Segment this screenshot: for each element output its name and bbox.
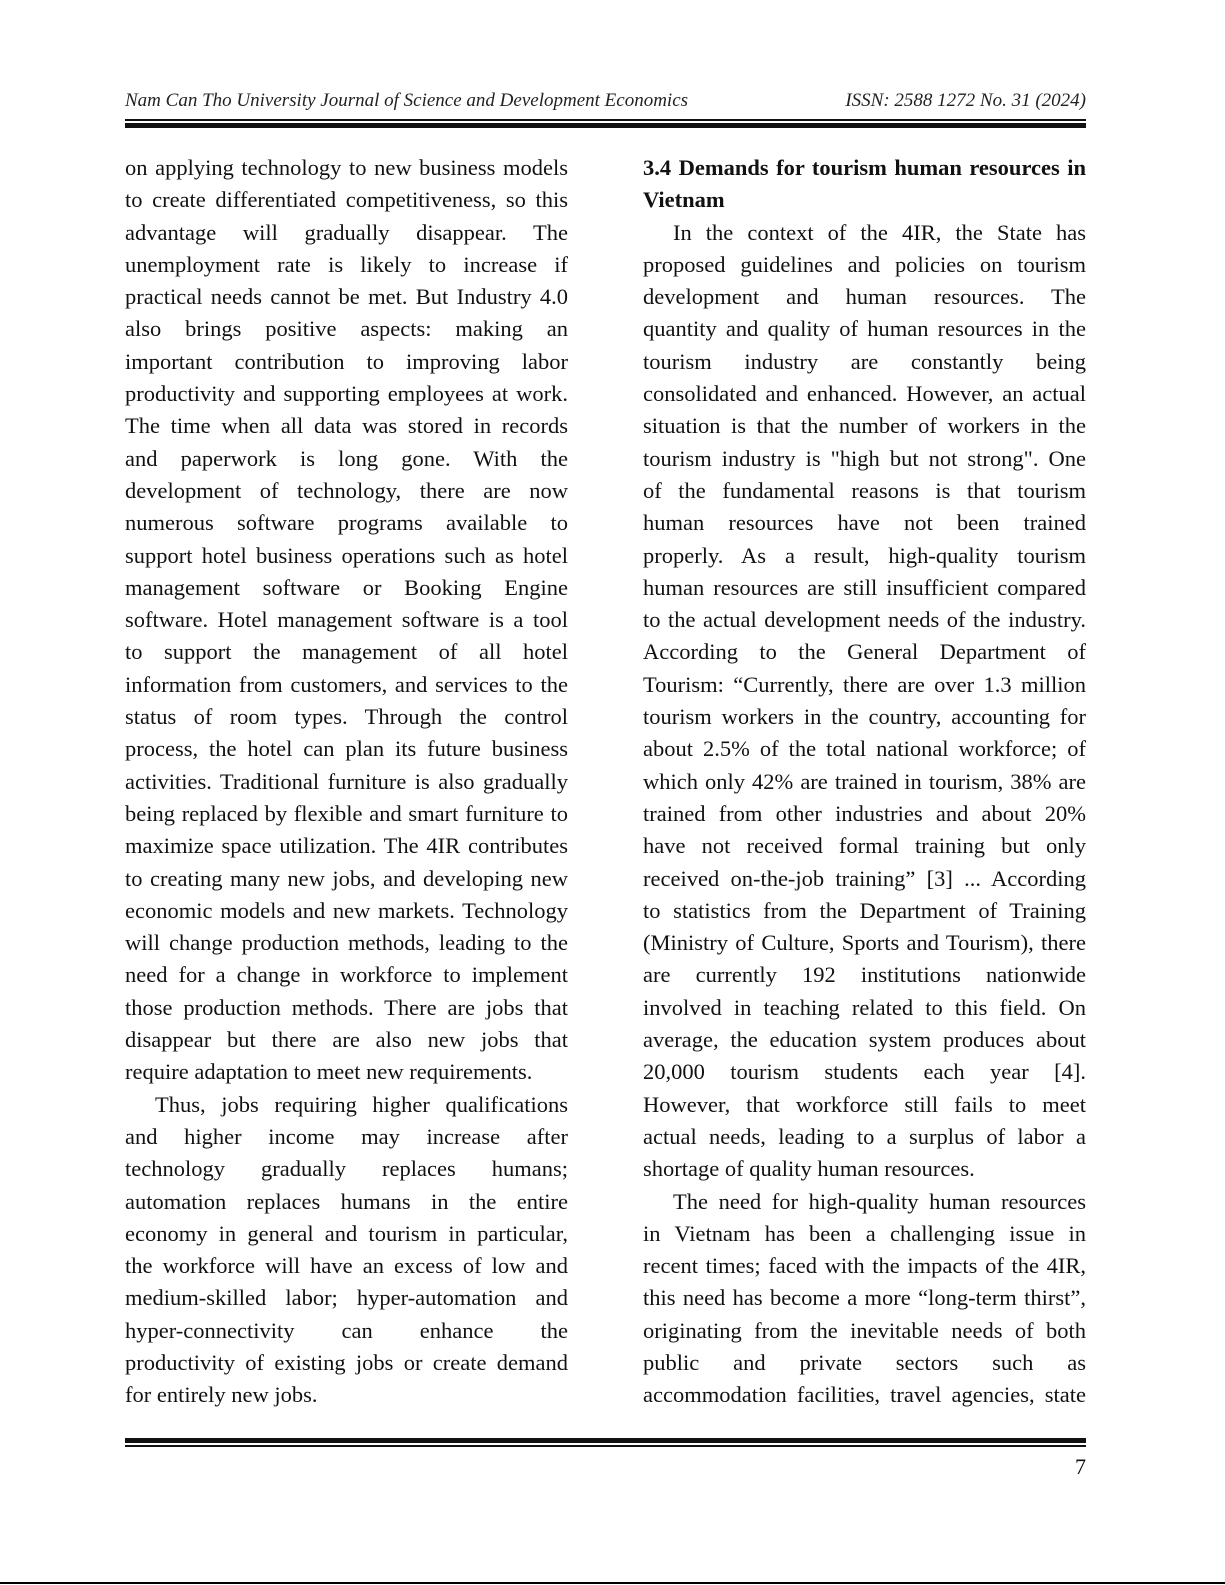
issn-issue: ISSN: 2588 1272 No. 31 (2024) bbox=[845, 90, 1086, 112]
text-line: quantity and quality of human resources … bbox=[643, 313, 1086, 345]
text-line: practical needs cannot be met. But Indus… bbox=[125, 281, 568, 313]
text-line: situation is that the number of workers … bbox=[643, 410, 1086, 442]
text-line: also brings positive aspects: making an bbox=[125, 313, 568, 345]
text-line: human resources are still insufficient c… bbox=[643, 572, 1086, 604]
text-line: productivity and supporting employees at… bbox=[125, 378, 568, 410]
text-line: advantage will gradually disappear. The bbox=[125, 217, 568, 249]
text-line: involved in teaching related to this fie… bbox=[643, 992, 1086, 1024]
text-line: medium-skilled labor; hyper-automation a… bbox=[125, 1282, 568, 1314]
text-line: hyper-connectivity can enhance the bbox=[125, 1315, 568, 1347]
footer-rule-thick bbox=[125, 1438, 1086, 1443]
text-line: to create differentiated competitiveness… bbox=[125, 184, 568, 216]
text-line: accommodation facilities, travel agencie… bbox=[643, 1379, 1086, 1411]
text-line: However, that workforce still fails to m… bbox=[643, 1089, 1086, 1121]
text-line: shortage of quality human resources. bbox=[643, 1153, 1086, 1185]
text-line: will change production methods, leading … bbox=[125, 927, 568, 959]
text-line: information from customers, and services… bbox=[125, 669, 568, 701]
text-line: need for a change in workforce to implem… bbox=[125, 959, 568, 991]
text-line: unemployment rate is likely to increase … bbox=[125, 249, 568, 281]
text-line: to creating many new jobs, and developin… bbox=[125, 863, 568, 895]
text-line: in Vietnam has been a challenging issue … bbox=[643, 1218, 1086, 1250]
text-line: proposed guidelines and policies on tour… bbox=[643, 249, 1086, 281]
text-line: public and private sectors such as bbox=[643, 1347, 1086, 1379]
text-line: trained from other industries and about … bbox=[643, 798, 1086, 830]
text-line: economy in general and tourism in partic… bbox=[125, 1218, 568, 1250]
text-line: to support the management of all hotel bbox=[125, 636, 568, 668]
text-line: the workforce will have an excess of low… bbox=[125, 1250, 568, 1282]
text-line: tourism industry is "high but not strong… bbox=[643, 443, 1086, 475]
text-line: this need has become a more “long-term t… bbox=[643, 1282, 1086, 1314]
text-line: being replaced by flexible and smart fur… bbox=[125, 798, 568, 830]
text-line: originating from the inevitable needs of… bbox=[643, 1315, 1086, 1347]
text-line: technology gradually replaces humans; bbox=[125, 1153, 568, 1185]
footer-rule-thin bbox=[125, 1445, 1086, 1447]
text-line: disappear but there are also new jobs th… bbox=[125, 1024, 568, 1056]
text-line: 20,000 tourism students each year [4]. bbox=[643, 1056, 1086, 1088]
text-line: require adaptation to meet new requireme… bbox=[125, 1056, 568, 1088]
text-line: activities. Traditional furniture is als… bbox=[125, 766, 568, 798]
text-line: support hotel business operations such a… bbox=[125, 540, 568, 572]
text-line: actual needs, leading to a surplus of la… bbox=[643, 1121, 1086, 1153]
text-line: management software or Booking Engine bbox=[125, 572, 568, 604]
header-rule-thin bbox=[125, 119, 1086, 121]
text-line: to the actual development needs of the i… bbox=[643, 604, 1086, 636]
text-line: tourism industry are constantly being bbox=[643, 346, 1086, 378]
text-line: economic models and new markets. Technol… bbox=[125, 895, 568, 927]
text-line: important contribution to improving labo… bbox=[125, 346, 568, 378]
text-line: productivity of existing jobs or create … bbox=[125, 1347, 568, 1379]
text-line: Tourism: “Currently, there are over 1.3 … bbox=[643, 669, 1086, 701]
page-bottom-border bbox=[0, 1582, 1225, 1584]
text-line: The time when all data was stored in rec… bbox=[125, 410, 568, 442]
text-line: and higher income may increase after bbox=[125, 1121, 568, 1153]
section-heading: Vietnam bbox=[643, 184, 1086, 216]
paragraph-start-line: In the context of the 4IR, the State has bbox=[643, 217, 1086, 249]
text-line: and paperwork is long gone. With the bbox=[125, 443, 568, 475]
text-line: properly. As a result, high-quality tour… bbox=[643, 540, 1086, 572]
text-line: tourism workers in the country, accounti… bbox=[643, 701, 1086, 733]
paragraph-start-line: Thus, jobs requiring higher qualificatio… bbox=[125, 1089, 568, 1121]
journal-title: Nam Can Tho University Journal of Scienc… bbox=[125, 90, 688, 112]
paragraph-start-line: The need for high-quality human resource… bbox=[643, 1186, 1086, 1218]
text-line: software. Hotel management software is a… bbox=[125, 604, 568, 636]
text-line: process, the hotel can plan its future b… bbox=[125, 733, 568, 765]
text-line: numerous software programs available to bbox=[125, 507, 568, 539]
text-line: (Ministry of Culture, Sports and Tourism… bbox=[643, 927, 1086, 959]
text-line: human resources have not been trained bbox=[643, 507, 1086, 539]
text-line: status of room types. Through the contro… bbox=[125, 701, 568, 733]
text-line: recent times; faced with the impacts of … bbox=[643, 1250, 1086, 1282]
text-line: received on-the-job training” [3] ... Ac… bbox=[643, 863, 1086, 895]
right-column: 3.4 Demands for tourism human resources … bbox=[643, 152, 1086, 1412]
text-line: on applying technology to new business m… bbox=[125, 152, 568, 184]
text-line: average, the education system produces a… bbox=[643, 1024, 1086, 1056]
page-number: 7 bbox=[1075, 1454, 1086, 1480]
text-line: those production methods. There are jobs… bbox=[125, 992, 568, 1024]
text-line: development of technology, there are now bbox=[125, 475, 568, 507]
text-line: maximize space utilization. The 4IR cont… bbox=[125, 830, 568, 862]
text-line: to statistics from the Department of Tra… bbox=[643, 895, 1086, 927]
text-line: development and human resources. The bbox=[643, 281, 1086, 313]
header-rule-thick bbox=[125, 123, 1086, 128]
text-line: which only 42% are trained in tourism, 3… bbox=[643, 766, 1086, 798]
running-header: Nam Can Tho University Journal of Scienc… bbox=[125, 90, 1086, 116]
text-line: about 2.5% of the total national workfor… bbox=[643, 733, 1086, 765]
text-line: automation replaces humans in the entire bbox=[125, 1186, 568, 1218]
text-line: of the fundamental reasons is that touri… bbox=[643, 475, 1086, 507]
text-line: have not received formal training but on… bbox=[643, 830, 1086, 862]
section-heading: 3.4 Demands for tourism human resources … bbox=[643, 152, 1086, 184]
text-line: are currently 192 institutions nationwid… bbox=[643, 959, 1086, 991]
left-column: on applying technology to new business m… bbox=[125, 152, 568, 1412]
text-line: for entirely new jobs. bbox=[125, 1379, 568, 1411]
text-line: consolidated and enhanced. However, an a… bbox=[643, 378, 1086, 410]
text-line: According to the General Department of bbox=[643, 636, 1086, 668]
